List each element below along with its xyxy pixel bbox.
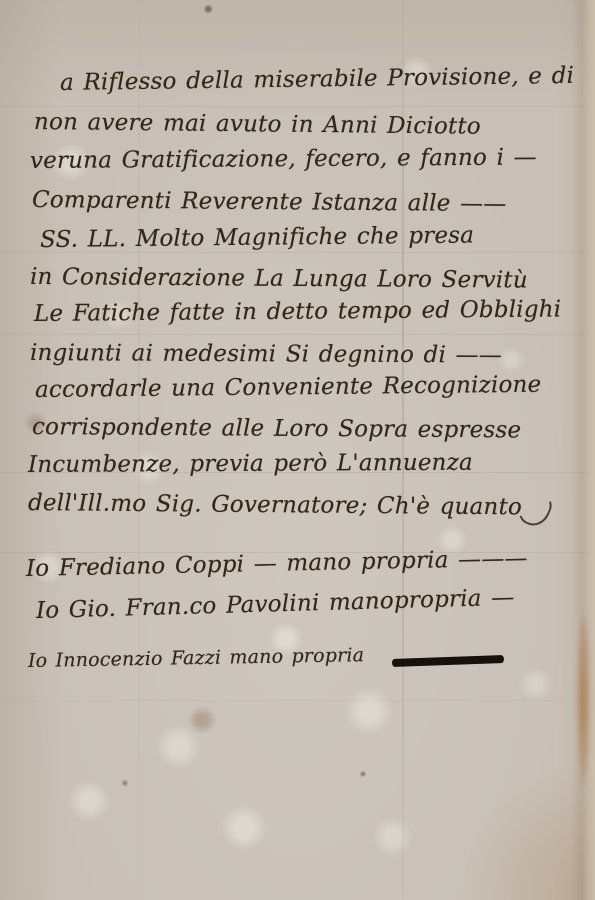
manuscript-line: a Riflesso della miserabile Provisione, … (60, 63, 575, 96)
paper-crease (0, 334, 595, 335)
manuscript-line: veruna Gratificazione, fecero, e fanno i… (30, 144, 537, 174)
manuscript-line: dell'Ill.mo Sig. Governatore; Ch'è quant… (28, 490, 522, 520)
manuscript-page: a Riflesso della miserabile Provisione, … (0, 0, 595, 900)
signature-line: Io Gio. Fran.co Pavolini manopropria — (36, 585, 515, 624)
signature-line: Io Innocenzio Fazzi mano propria (28, 644, 365, 672)
manuscript-line: ingiunti ai medesimi Si degnino di —— (30, 340, 502, 368)
manuscript-line: non avere mai avuto in Anni Diciotto (34, 109, 481, 140)
manuscript-line: in Considerazione La Lunga Loro Servitù (30, 264, 528, 293)
manuscript-line: Le Fatiche fatte in detto tempo ed Obbli… (34, 296, 562, 327)
manuscript-line: corrispondente alle Loro Sopra espresse (32, 414, 521, 443)
manuscript-line: Comparenti Reverente Istanza alle —— (32, 187, 507, 217)
page-edge (571, 0, 595, 900)
paper-crease (0, 106, 595, 107)
manuscript-line: Incumbenze, previa però L'annuenza (28, 450, 473, 478)
manuscript-line: accordarle una Conveniente Recognizione (35, 372, 542, 403)
signature-line: Io Frediano Coppi — mano propria ——— (26, 545, 528, 582)
ink-stroke (392, 655, 504, 667)
edge-stain (577, 612, 590, 787)
manuscript-line: SS. LL. Molto Magnifiche che presa (40, 222, 474, 253)
paper-crease (0, 700, 595, 701)
